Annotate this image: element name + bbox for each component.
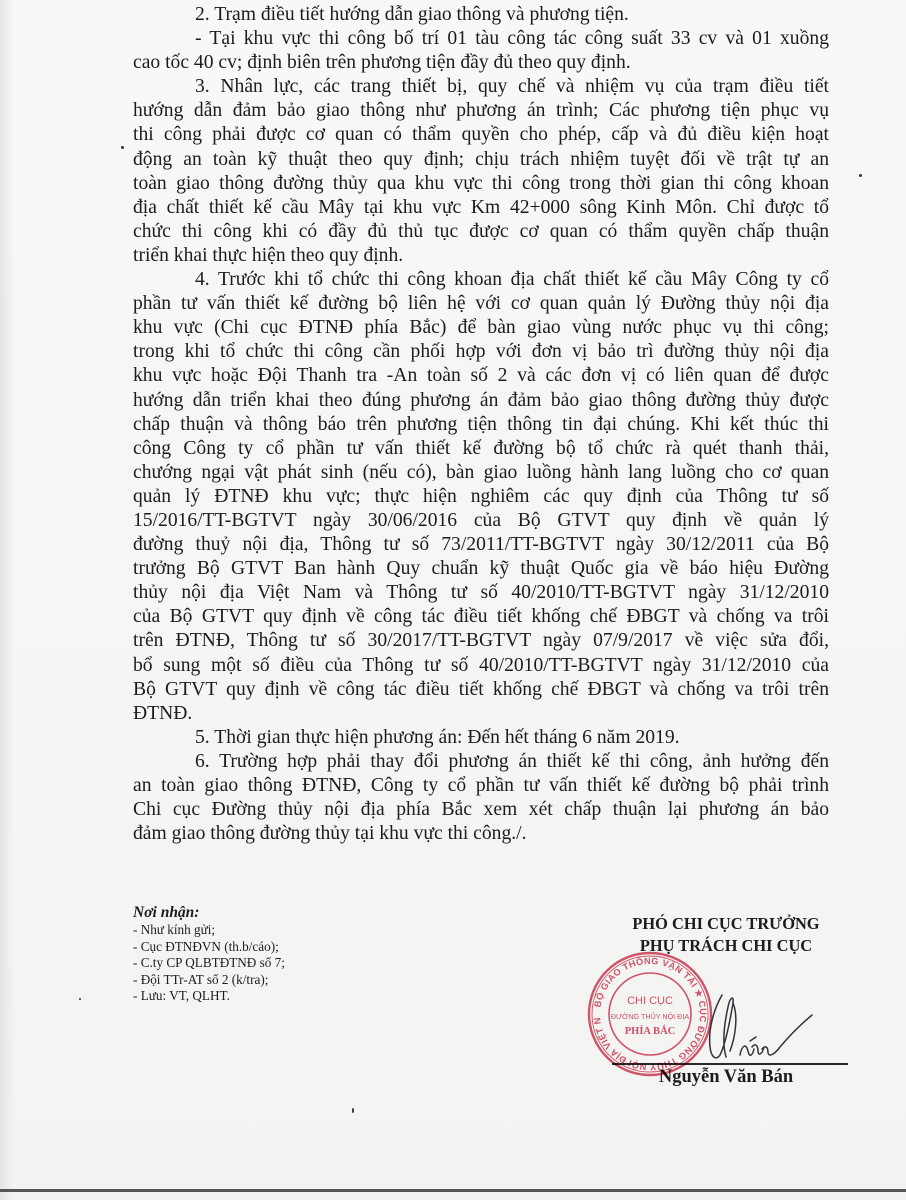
scan-speck xyxy=(859,174,862,177)
text-line: khu vực (Chi cục ĐTNĐ phía Bắc) để bàn g… xyxy=(133,316,829,340)
stamp-center-line1: CHI CỤC xyxy=(627,995,673,1007)
text-line: cao tốc 40 cv; định biên trên phương tiệ… xyxy=(133,51,829,75)
text-line: trên ĐTNĐ, Thông tư số 30/2017/TT-BGTVT … xyxy=(133,629,829,653)
text-line: toàn giao thông đường thủy qua khu vực t… xyxy=(133,172,829,196)
recipient-item: - Cục ĐTNĐVN (th.b/cáo); xyxy=(133,939,433,956)
text-line: an toàn giao thông ĐTNĐ, Công ty cổ phần… xyxy=(133,774,829,798)
paragraph-p5: 5. Thời gian thực hiện phương án: Đến hế… xyxy=(133,726,829,750)
paragraph-p2: 2. Trạm điều tiết hướng dẫn giao thông v… xyxy=(133,3,829,27)
scan-edge-shadow xyxy=(0,0,14,1200)
paragraph-p4: 4. Trước khi tổ chức thi công khoan địa … xyxy=(133,268,829,726)
text-line: 6. Trường hợp phải thay đổi phương án th… xyxy=(133,750,829,774)
text-line: 2. Trạm điều tiết hướng dẫn giao thông v… xyxy=(133,3,829,27)
text-line: của Bộ GTVT quy định về công tác điều ti… xyxy=(133,605,829,629)
scan-speck xyxy=(121,146,124,149)
text-line: thủy nội địa Việt Nam và Thông tư số 40/… xyxy=(133,581,829,605)
handwritten-signature-icon xyxy=(700,985,820,1075)
scan-bottom-edge xyxy=(0,1189,906,1192)
text-line: ĐTNĐ. xyxy=(133,702,829,726)
text-line: chức thi công khi có đầy đủ thủ tục được… xyxy=(133,220,829,244)
text-line: hướng dẫn đảm bảo giao thông như phương … xyxy=(133,99,829,123)
stamp-center-line3: PHÍA BẮC xyxy=(625,1024,675,1037)
text-line: 3. Nhân lực, các trang thiết bị, quy chế… xyxy=(133,75,829,99)
text-line: hướng dẫn triển khai theo đúng phương án… xyxy=(133,389,829,413)
text-line: triển khai thực hiện theo quy định. xyxy=(133,244,829,268)
document-body: 2. Trạm điều tiết hướng dẫn giao thông v… xyxy=(133,3,829,846)
text-line: khu vực hoặc Đội Thanh tra -An toàn số 2… xyxy=(133,364,829,388)
recipient-item: - Như kính gửi; xyxy=(133,922,433,939)
text-line: 5. Thời gian thực hiện phương án: Đến hế… xyxy=(133,726,829,750)
text-line: chấp thuận và thông báo trên phương tiện… xyxy=(133,413,829,437)
text-line: đường thuỷ nội địa, Thông tư số 73/2011/… xyxy=(133,533,829,557)
text-line: phần tư vấn thiết kế đường bộ liên hệ vớ… xyxy=(133,292,829,316)
recipient-item: - C.ty CP QLBTĐTNĐ số 7; xyxy=(133,955,433,972)
text-line: Chi cục Đường thủy nội địa phía Bắc xem … xyxy=(133,798,829,822)
signer-title-line1: PHÓ CHI CỤC TRƯỞNG xyxy=(596,913,856,935)
paragraph-p2a: - Tại khu vực thi công bố trí 01 tàu côn… xyxy=(133,27,829,75)
text-line: động an toàn kỹ thuật theo quy định; chị… xyxy=(133,148,829,172)
recipient-item: - Lưu: VT, QLHT. xyxy=(133,988,433,1005)
recipients-block: Nơi nhận: - Như kính gửi; - Cục ĐTNĐVN (… xyxy=(133,903,433,1005)
paragraph-p3: 3. Nhân lực, các trang thiết bị, quy chế… xyxy=(133,75,829,268)
scan-speck xyxy=(79,998,81,1000)
text-line: bổ sung một số điều của Thông tư số 40/2… xyxy=(133,654,829,678)
text-line: trưởng Bộ GTVT Ban hành Quy chuẩn kỹ thu… xyxy=(133,557,829,581)
text-line: quản lý ĐTNĐ khu vực; thực hiện nghiêm c… xyxy=(133,485,829,509)
recipients-heading: Nơi nhận: xyxy=(133,903,433,922)
text-line: chướng ngại vật phát sinh (nếu có), bàn … xyxy=(133,461,829,485)
text-line: địa chất thiết kế cầu Mây tại khu vực Km… xyxy=(133,196,829,220)
text-line: trong khi tổ chức thi công cần phối hợp … xyxy=(133,340,829,364)
stamp-center-line2: ĐƯỜNG THỦY NỘI ĐỊA xyxy=(611,1012,690,1021)
text-line: 4. Trước khi tổ chức thi công khoan địa … xyxy=(133,268,829,292)
paragraph-p6: 6. Trường hợp phải thay đổi phương án th… xyxy=(133,750,829,846)
text-line: công Công ty cổ phần tư vấn thiết kế đườ… xyxy=(133,437,829,461)
text-line: đảm giao thông đường thủy tại khu vực th… xyxy=(133,822,829,846)
text-line: thi công phải được cơ quan có thẩm quyền… xyxy=(133,123,829,147)
text-line: - Tại khu vực thi công bố trí 01 tàu côn… xyxy=(133,27,829,51)
official-stamp-icon: BỘ GIAO THÔNG VẬN TẢI ★ CỤC ĐƯỜNG THỦY N… xyxy=(586,950,714,1078)
text-line: 15/2016/TT-BGTVT ngày 30/06/2016 của Bộ … xyxy=(133,509,829,533)
scan-speck xyxy=(352,1108,354,1113)
recipient-item: - Đội TTr-AT số 2 (k/tra); xyxy=(133,972,433,989)
text-line: Bộ GTVT quy định về công tác điều tiết k… xyxy=(133,678,829,702)
